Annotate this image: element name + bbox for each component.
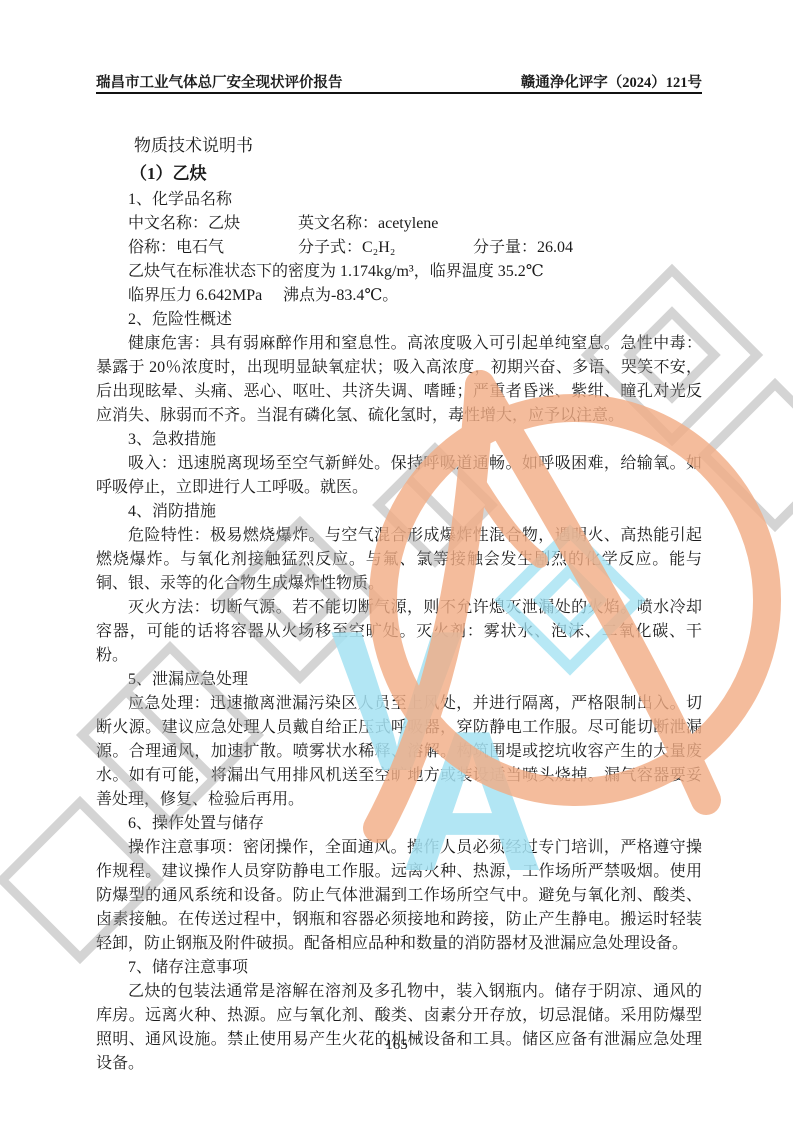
header-doc-number: 赣通浄化评字（2024）121号 [521,71,702,92]
paragraph-operation-notes: 操作注意事项：密闭操作，全面通风。操作人员必须经过专门培训，严格遵守操作规程。建… [96,836,702,956]
common-name-value: 俗称：电石气 [128,236,298,260]
header-report-title: 瑞昌市工业气体总厂安全现状评价报告 [96,71,343,92]
pressure-row: 临界压力 6.642MPa 沸点为-83.4℃。 [96,284,702,308]
heading-first-aid: 3、急救措施 [96,428,702,452]
english-name-value: 英文名称：acetylene [298,212,438,236]
molecular-weight-value: 分子量：26.04 [473,236,573,260]
heading-handling-storage: 6、操作处置与储存 [96,812,702,836]
paragraph-health-hazard: 健康危害：具有弱麻醉作用和窒息性。高浓度吸入可引起单纯窒息。急性中毒：暴露于 2… [96,332,702,428]
paragraph-extinguishing-methods: 灭火方法：切断气源。若不能切断气源，则不允许熄灭泄漏处的火焰。喷水冷却容器，可能… [96,596,702,668]
paragraph-emergency-handling: 应急处理：迅速撤离泄漏污染区人员至上风处，并进行隔离，严格限制出入。切断火源。建… [96,692,702,812]
heading-leak-emergency: 5、泄漏应急处理 [96,668,702,692]
page-header: 瑞昌市工业气体总厂安全现状评价报告 赣通浄化评字（2024）121号 [96,68,702,92]
paragraph-hazard-characteristics: 危险特性：极易燃烧爆炸。与空气混合形成爆炸性混合物，遇明火、高热能引起燃烧爆炸。… [96,524,702,596]
chinese-name-value: 中文名称：乙炔 [128,212,298,236]
heading-hazard-overview: 2、危险性概述 [96,308,702,332]
critical-pressure-value: 临界压力 6.642MPa [128,284,283,308]
document-body: 物质技术说明书 （1）乙炔 1、化学品名称 中文名称：乙炔 英文名称：acety… [96,94,702,1076]
doc-title: 物质技术说明书 [96,132,702,160]
boiling-point-value: 沸点为-83.4℃。 [283,284,398,308]
diamond-glyph-icon [704,384,793,525]
section-title-acetylene: （1）乙炔 [96,160,702,188]
molecular-formula-value: 分子式：C₂H₂ [298,236,473,260]
paragraph-inhalation: 吸入：迅速脱离现场至空气新鲜处。保持呼吸道通畅。如呼吸困难，给输氧。如呼吸停止，… [96,452,702,500]
paragraph-storage-notes: 乙炔的包装法通常是溶解在溶剂及多孔物中，装入钢瓶内。储存于阴凉、通风的库房。远离… [96,980,702,1076]
document-page: 瑞昌市工业气体总厂安全现状评价报告 赣通浄化评字（2024）121号 物质技术说… [0,0,793,1122]
heading-storage-notes: 7、储存注意事项 [96,956,702,980]
heading-chemical-name: 1、化学品名称 [96,188,702,212]
heading-fire-fighting: 4、消防措施 [96,500,702,524]
density-line: 乙炔气在标准状态下的密度为 1.174kg/m³，临界温度 35.2℃ [96,260,702,284]
page-number: 165 [0,1037,793,1054]
chemical-name-row: 中文名称：乙炔 英文名称：acetylene [96,212,702,236]
formula-row: 俗称：电石气 分子式：C₂H₂ 分子量：26.04 [96,236,702,260]
